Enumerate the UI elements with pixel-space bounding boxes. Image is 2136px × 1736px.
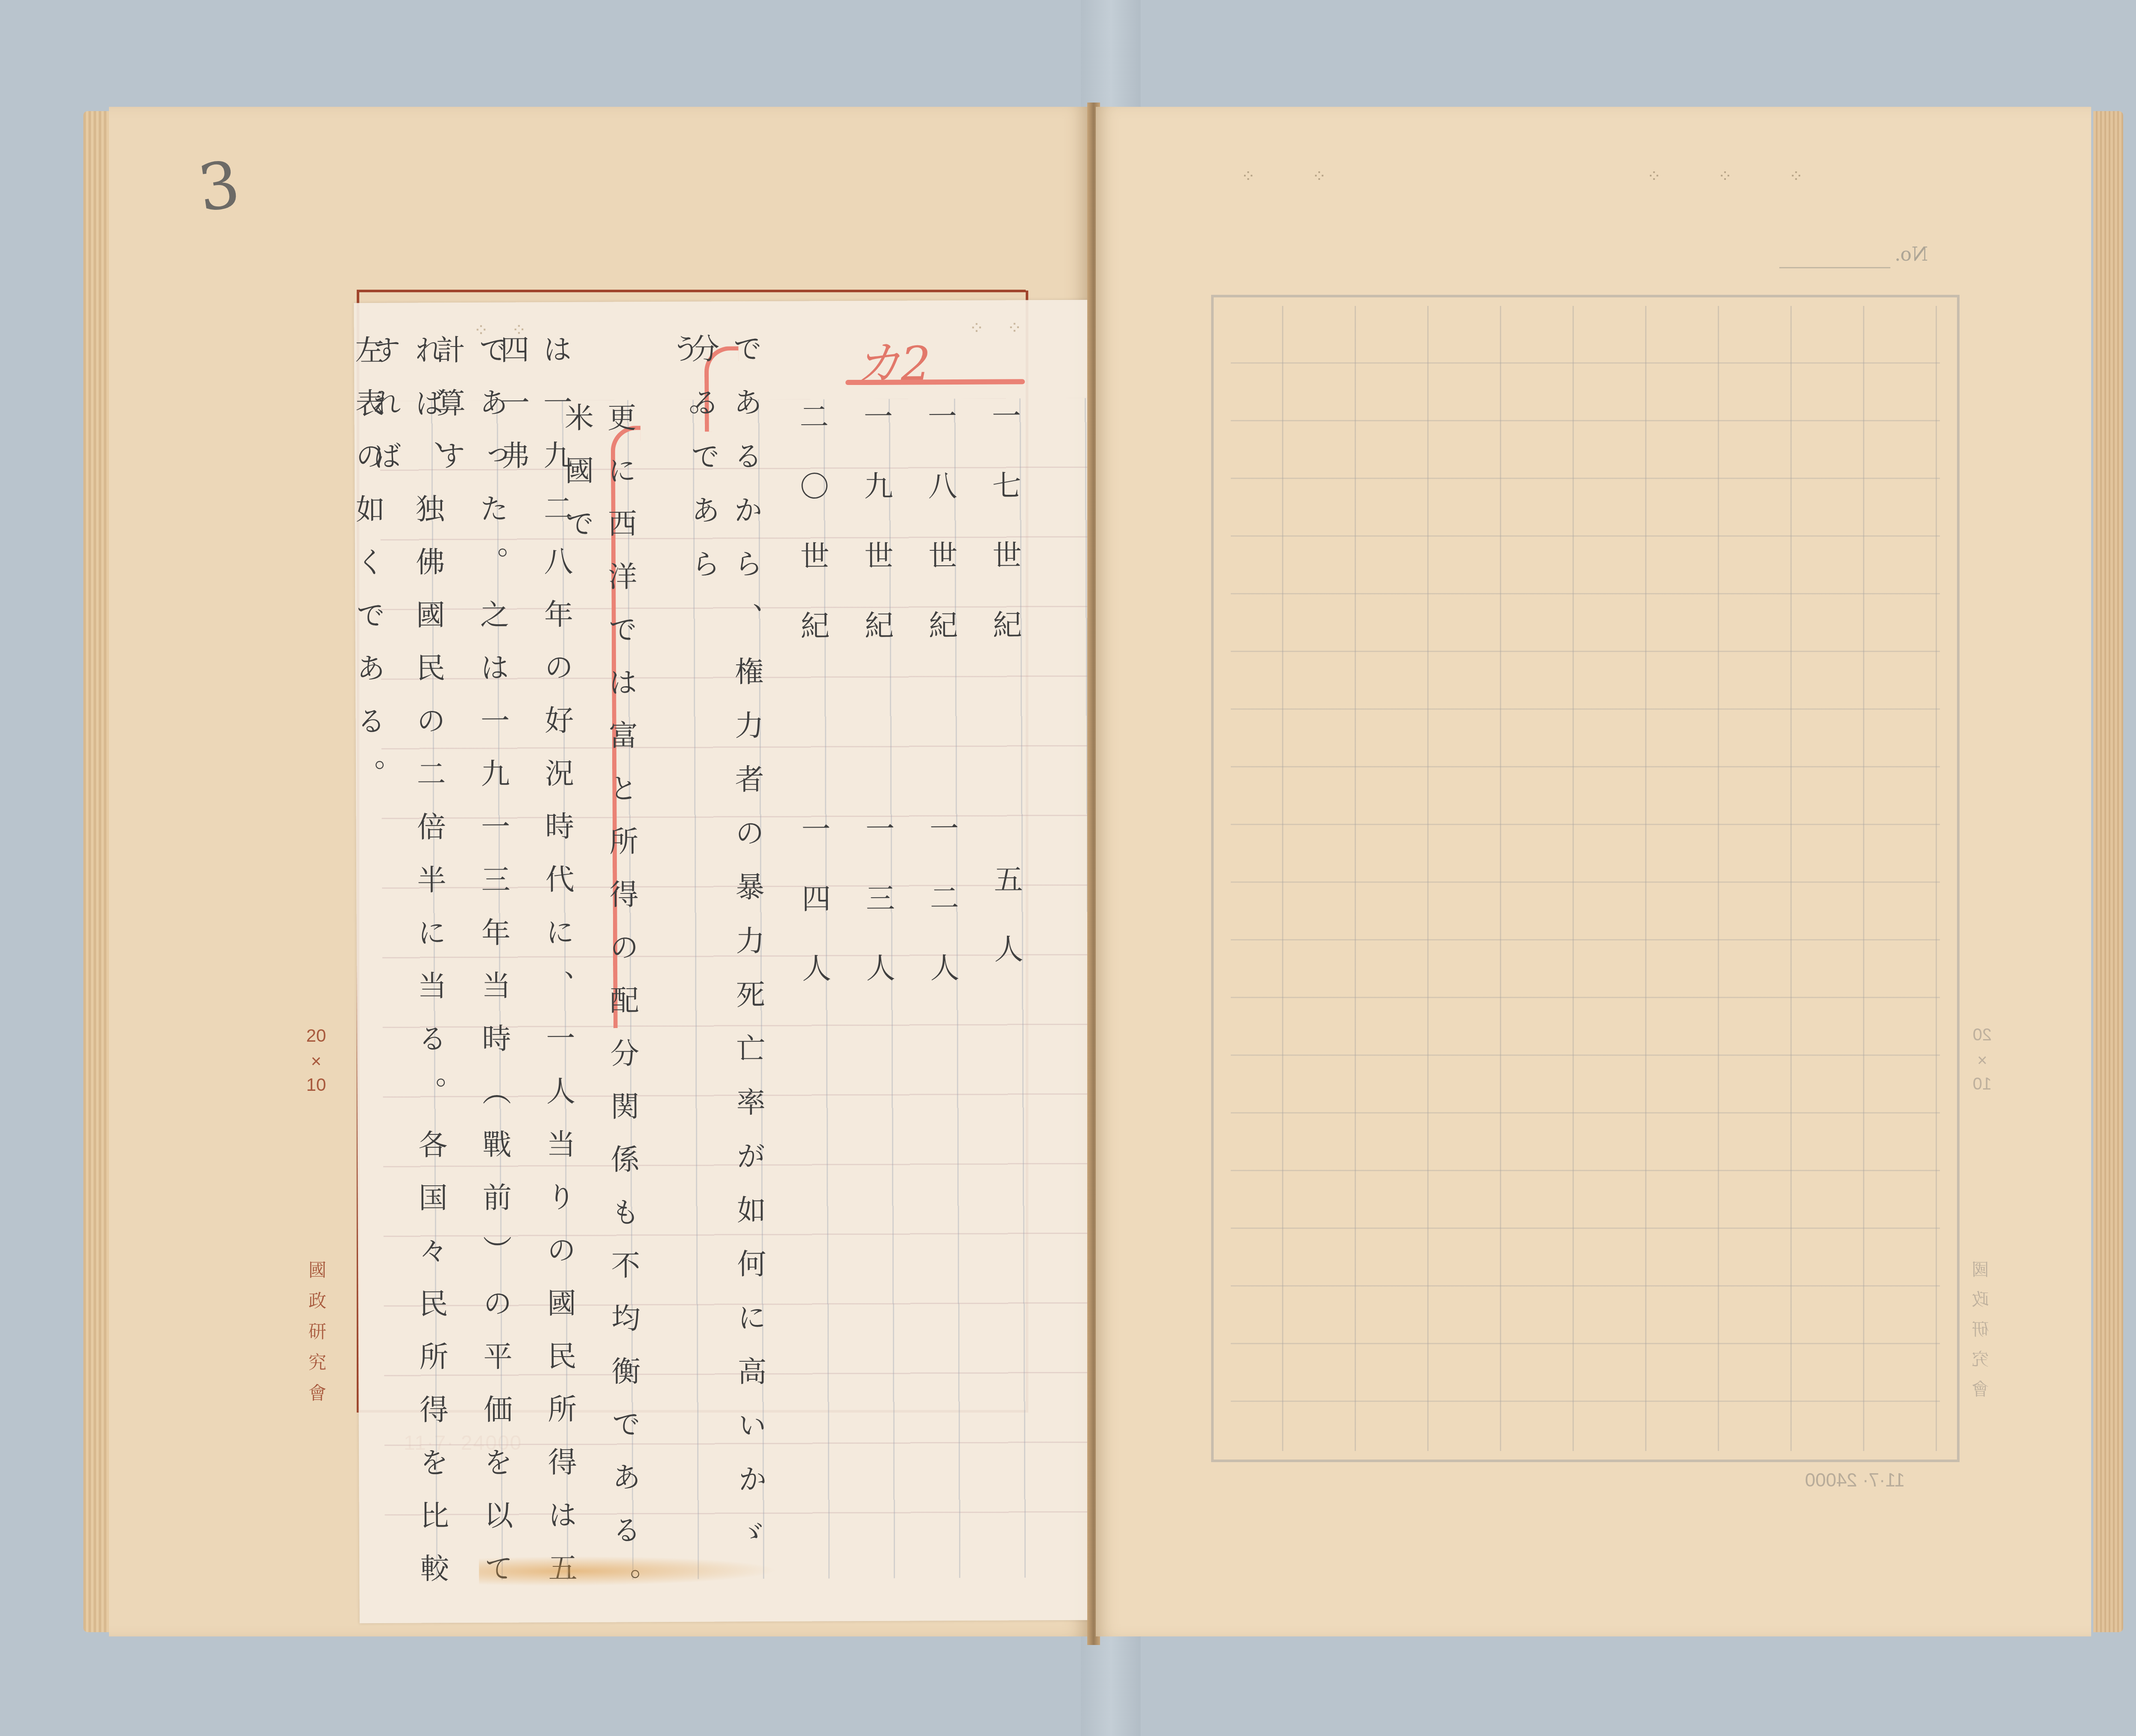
blank-manuscript-grid <box>1231 306 1940 1451</box>
manuscript-column: 二〇世紀 <box>790 401 834 680</box>
grid-size-bottom-mirrored: 10 <box>1969 1075 1995 1094</box>
manuscript-column: は一九二八年の好況時代に、一人当りの國民所得は五四一弗 <box>534 334 582 1622</box>
print-code-mirrored: 11·7· 24000 <box>1805 1470 1905 1491</box>
grid-size-top: 20 <box>303 1025 329 1046</box>
staple-holes-icon: ⁘ ⁘ <box>1241 167 1352 186</box>
staple-holes-icon: ⁘ ⁘ <box>969 317 1030 338</box>
manuscript-column: 一九世紀 <box>854 401 898 680</box>
number-line <box>1779 267 1890 268</box>
blank-grid-frame <box>1211 295 1960 1462</box>
grid-size-top-mirrored: 20 <box>1969 1025 1995 1045</box>
manuscript-column-count: 五人 <box>984 864 1027 1003</box>
manuscript-column: 左表の如くである。 <box>346 335 390 812</box>
manuscript-column: う。 <box>662 334 705 473</box>
manuscript-column: であった。之は一九一三年当時（戰前）の平価を以て計算す <box>469 335 518 1623</box>
manuscript-column: であるから、権力者の暴力死亡率が如何に高いかゞ分るであら <box>724 333 772 1621</box>
page-edges-right <box>2093 111 2123 1632</box>
staple-holes-icon: ⁘ ⁘ ⁘ <box>1647 167 1829 186</box>
manuscript-column-count: 一二人 <box>920 813 963 1022</box>
right-page: ⁘ ⁘ ⁘ ⁘ ⁘ No. 20 × 10 國政研究會 11·7· 24000 <box>1096 107 2091 1636</box>
manuscript-column: れば、独佛國民の二倍半に当る。各国々民所得を比較すれば <box>405 335 454 1623</box>
organization-label: 國政研究會 <box>303 1260 329 1414</box>
number-label: No. <box>1895 244 1928 265</box>
grid-size-x: × <box>303 1051 329 1072</box>
grid-size-bottom: 10 <box>303 1075 329 1095</box>
manuscript-column: 更に西洋では富と所得の配分関係も不均衡である。米國で <box>598 402 645 1622</box>
notebook-spread: 3 20 × 10 國政研究會 11·7· 24000 ⁘ ⁘ ⁘ ⁘ カ2 一… <box>83 103 2123 1649</box>
pasted-manuscript-sheet: ⁘ ⁘ ⁘ ⁘ カ2 一七世紀 五人 一八世紀 一二人 一九世紀 一三人 二〇世… <box>354 300 1171 1623</box>
manuscript-column-count: 一三人 <box>856 814 899 1022</box>
left-page: 3 20 × 10 國政研究會 11·7· 24000 ⁘ ⁘ ⁘ ⁘ カ2 一… <box>109 107 1087 1636</box>
paper-stain <box>479 1555 778 1586</box>
manuscript-column-count: 一四人 <box>792 814 835 1022</box>
page-number: 3 <box>194 147 244 226</box>
red-underline-mark <box>845 379 1025 385</box>
organization-label-mirrored: 國政研究會 <box>1969 1260 1995 1410</box>
grid-size-x-mirrored: × <box>1969 1051 1995 1070</box>
manuscript-column: 一七世紀 <box>982 400 1026 679</box>
manuscript-column: 一八世紀 <box>918 401 962 679</box>
